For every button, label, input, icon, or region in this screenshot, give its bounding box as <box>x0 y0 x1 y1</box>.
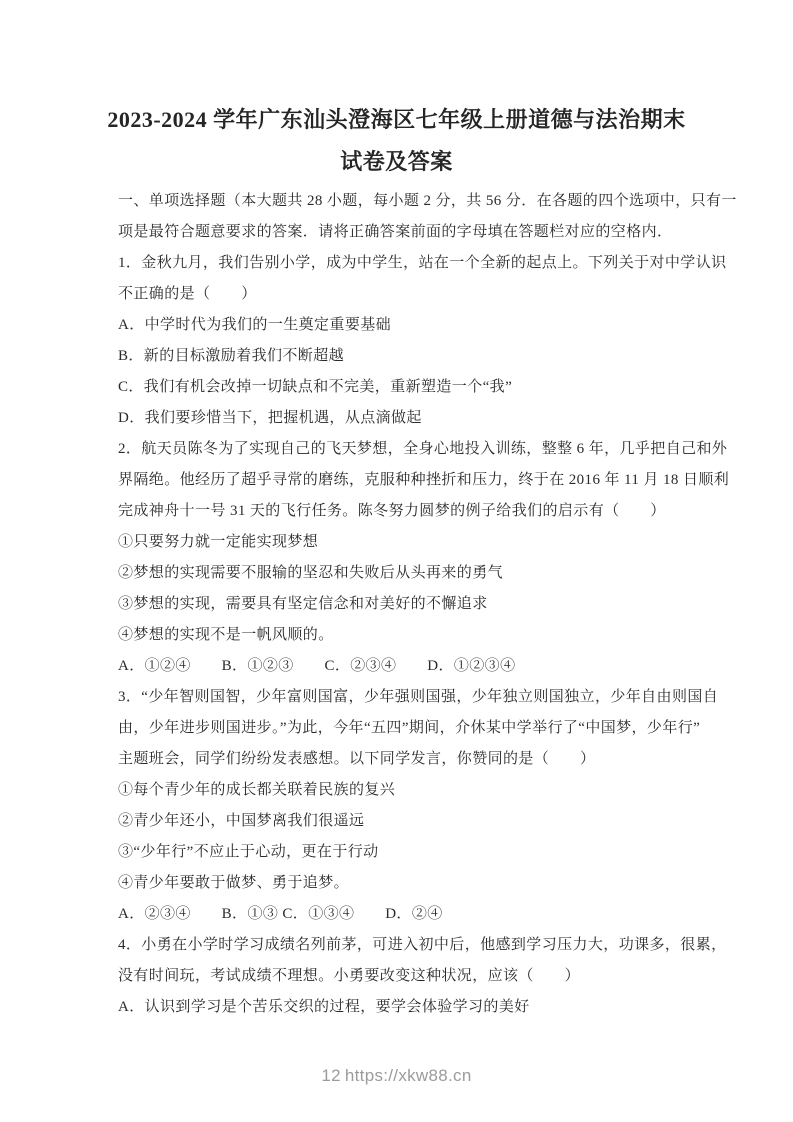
question-2-text-line-1: 2．航天员陈冬为了实现自己的飞天梦想，全身心地投入训练，整整 6 年，几乎把自己… <box>118 434 678 465</box>
question-1-option-a: A．中学时代为我们的一生奠定重要基础 <box>118 310 678 341</box>
question-3-statement-1: ①每个青少年的成长都关联着民族的复兴 <box>118 775 678 806</box>
question-1-text-line-2: 不正确的是（ ） <box>118 279 678 310</box>
question-1-option-d: D．我们要珍惜当下，把握机遇，从点滴做起 <box>118 403 678 434</box>
question-1-option-c: C．我们有机会改掉一切缺点和不完美，重新塑造一个“我” <box>118 372 678 403</box>
question-1-text-line-1: 1．金秋九月，我们告别小学，成为中学生，站在一个全新的起点上。下列关于对中学认识 <box>118 248 678 279</box>
question-2-statement-2: ②梦想的实现需要不服输的坚忍和失败后从头再来的勇气 <box>118 558 678 589</box>
question-3-answer-options: A．②③④ B．①③ C．①③④ D．②④ <box>118 899 678 930</box>
section-1-header-line-2: 项是最符合题意要求的答案．请将正确答案前面的字母填在答题栏对应的空格内． <box>118 217 678 248</box>
document-body: 一、单项选择题（本大题共 28 小题，每小题 2 分，共 56 分．在各题的四个… <box>118 186 678 1023</box>
question-2-text-line-2: 界隔绝。他经历了超乎寻常的磨练，克服种种挫折和压力，终于在 2016 年 11 … <box>118 465 678 496</box>
page-number: 12 <box>319 1066 343 1085</box>
section-1-header-line-1: 一、单项选择题（本大题共 28 小题，每小题 2 分，共 56 分．在各题的四个… <box>118 186 678 217</box>
question-4-option-a: A．认识到学习是个苦乐交织的过程，要学会体验学习的美好 <box>118 992 678 1023</box>
question-2-answer-options: A．①②④ B．①②③ C．②③④ D．①②③④ <box>118 651 678 682</box>
question-3-statement-2: ②青少年还小，中国梦离我们很遥远 <box>118 806 678 837</box>
question-4-text-line-2: 没有时间玩，考试成绩不理想。小勇要改变这种状况，应该（ ） <box>118 961 678 992</box>
exam-document-page: 2023-2024 学年广东汕头澄海区七年级上册道德与法治期末 试卷及答案 一、… <box>0 0 793 1122</box>
question-2-statement-4: ④梦想的实现不是一帆风顺的。 <box>118 620 678 651</box>
question-2-statement-1: ①只要努力就一定能实现梦想 <box>118 527 678 558</box>
question-2-statement-3: ③梦想的实现，需要具有坚定信念和对美好的不懈追求 <box>118 589 678 620</box>
site-url: https://xkw88.cn <box>343 1066 474 1085</box>
question-1-option-b: B．新的目标激励着我们不断超越 <box>118 341 678 372</box>
question-4-text-line-1: 4．小勇在小学时学习成绩名列前茅，可进入初中后，他感到学习压力大，功课多，很累， <box>118 930 678 961</box>
question-3-statement-4: ④青少年要敢于做梦、勇于追梦。 <box>118 868 678 899</box>
question-3-text-line-3: 主题班会，同学们纷纷发表感想。以下同学发言，你赞同的是（ ） <box>118 744 678 775</box>
question-3-text-line-2: 由，少年进步则国进步。”为此，今年“五四”期间，介休某中学举行了“中国梦，少年行… <box>118 713 678 744</box>
document-title-line-1: 2023-2024 学年广东汕头澄海区七年级上册道德与法治期末 <box>60 99 733 141</box>
document-title: 2023-2024 学年广东汕头澄海区七年级上册道德与法治期末 试卷及答案 <box>60 99 733 183</box>
page-footer: 12https://xkw88.cn <box>0 1066 793 1086</box>
document-title-line-2: 试卷及答案 <box>60 141 733 183</box>
question-2-text-line-3: 完成神舟十一号 31 天的飞行任务。陈冬努力圆梦的例子给我们的启示有（ ） <box>118 496 678 527</box>
question-3-statement-3: ③“少年行”不应止于心动，更在于行动 <box>118 837 678 868</box>
question-3-text-line-1: 3．“少年智则国智，少年富则国富，少年强则国强，少年独立则国独立，少年自由则国自 <box>118 682 678 713</box>
